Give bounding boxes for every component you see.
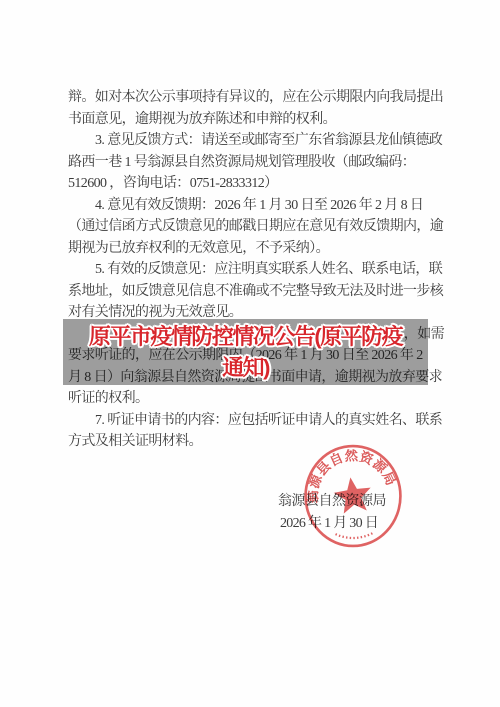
scanned-notice-page: 辩。如对本次公示事项持有异议的，应在公示期限内向我局提出书面意见，逾期视为放弃陈… <box>0 0 500 707</box>
overlay-title-line2: 通知) <box>222 352 269 383</box>
text-line: 系地址，如反馈意见信息不准确或不完整导致无法及时进一步核 <box>68 282 446 302</box>
seal-bottom-code <box>334 533 373 538</box>
text-line: 期视为已放弃权利的无效意见，不予采纳）。 <box>68 239 446 259</box>
text-line: 书面意见，逾期视为放弃陈述和申辩的权利。 <box>68 110 446 130</box>
seal-star <box>332 475 374 515</box>
text-line: 辩。如对本次公示事项持有异议的，应在公示期限内向我局提出 <box>68 88 446 108</box>
text-line: 路西一巷 1 号翁源县自然资源局规划管理股收（邮政编码： <box>68 153 446 173</box>
text-line: 3. 意见反馈方式：请送至或邮寄至广东省翁源县龙仙镇德政 <box>68 131 473 151</box>
text-line: 5. 有效的反馈意见：应注明真实联系人姓名、联系电话，联 <box>68 260 473 280</box>
text-line: 4. 意见有效反馈期：2026 年 1 月 30 日至 2026 年 2 月 8… <box>68 196 473 216</box>
overlay-title-line1: 原平市疫情防控情况公告(原平防疫 <box>89 321 402 352</box>
text-line: 7. 听证申请书的内容：应包括听证申请人的真实姓名、联系 <box>68 411 473 431</box>
text-line: 听证的权利。 <box>68 389 446 409</box>
text-line: （通过信函方式反馈意见的邮戳日期应在意见有效反馈期内，逾 <box>68 217 446 237</box>
text-line: 512600 ，咨询电话：0751-2833312） <box>68 174 446 194</box>
watermark-band: 原平市疫情防控情况公告(原平防疫 通知) <box>63 319 428 385</box>
official-seal-icon: 翁源县自然资源局 <box>302 441 404 551</box>
